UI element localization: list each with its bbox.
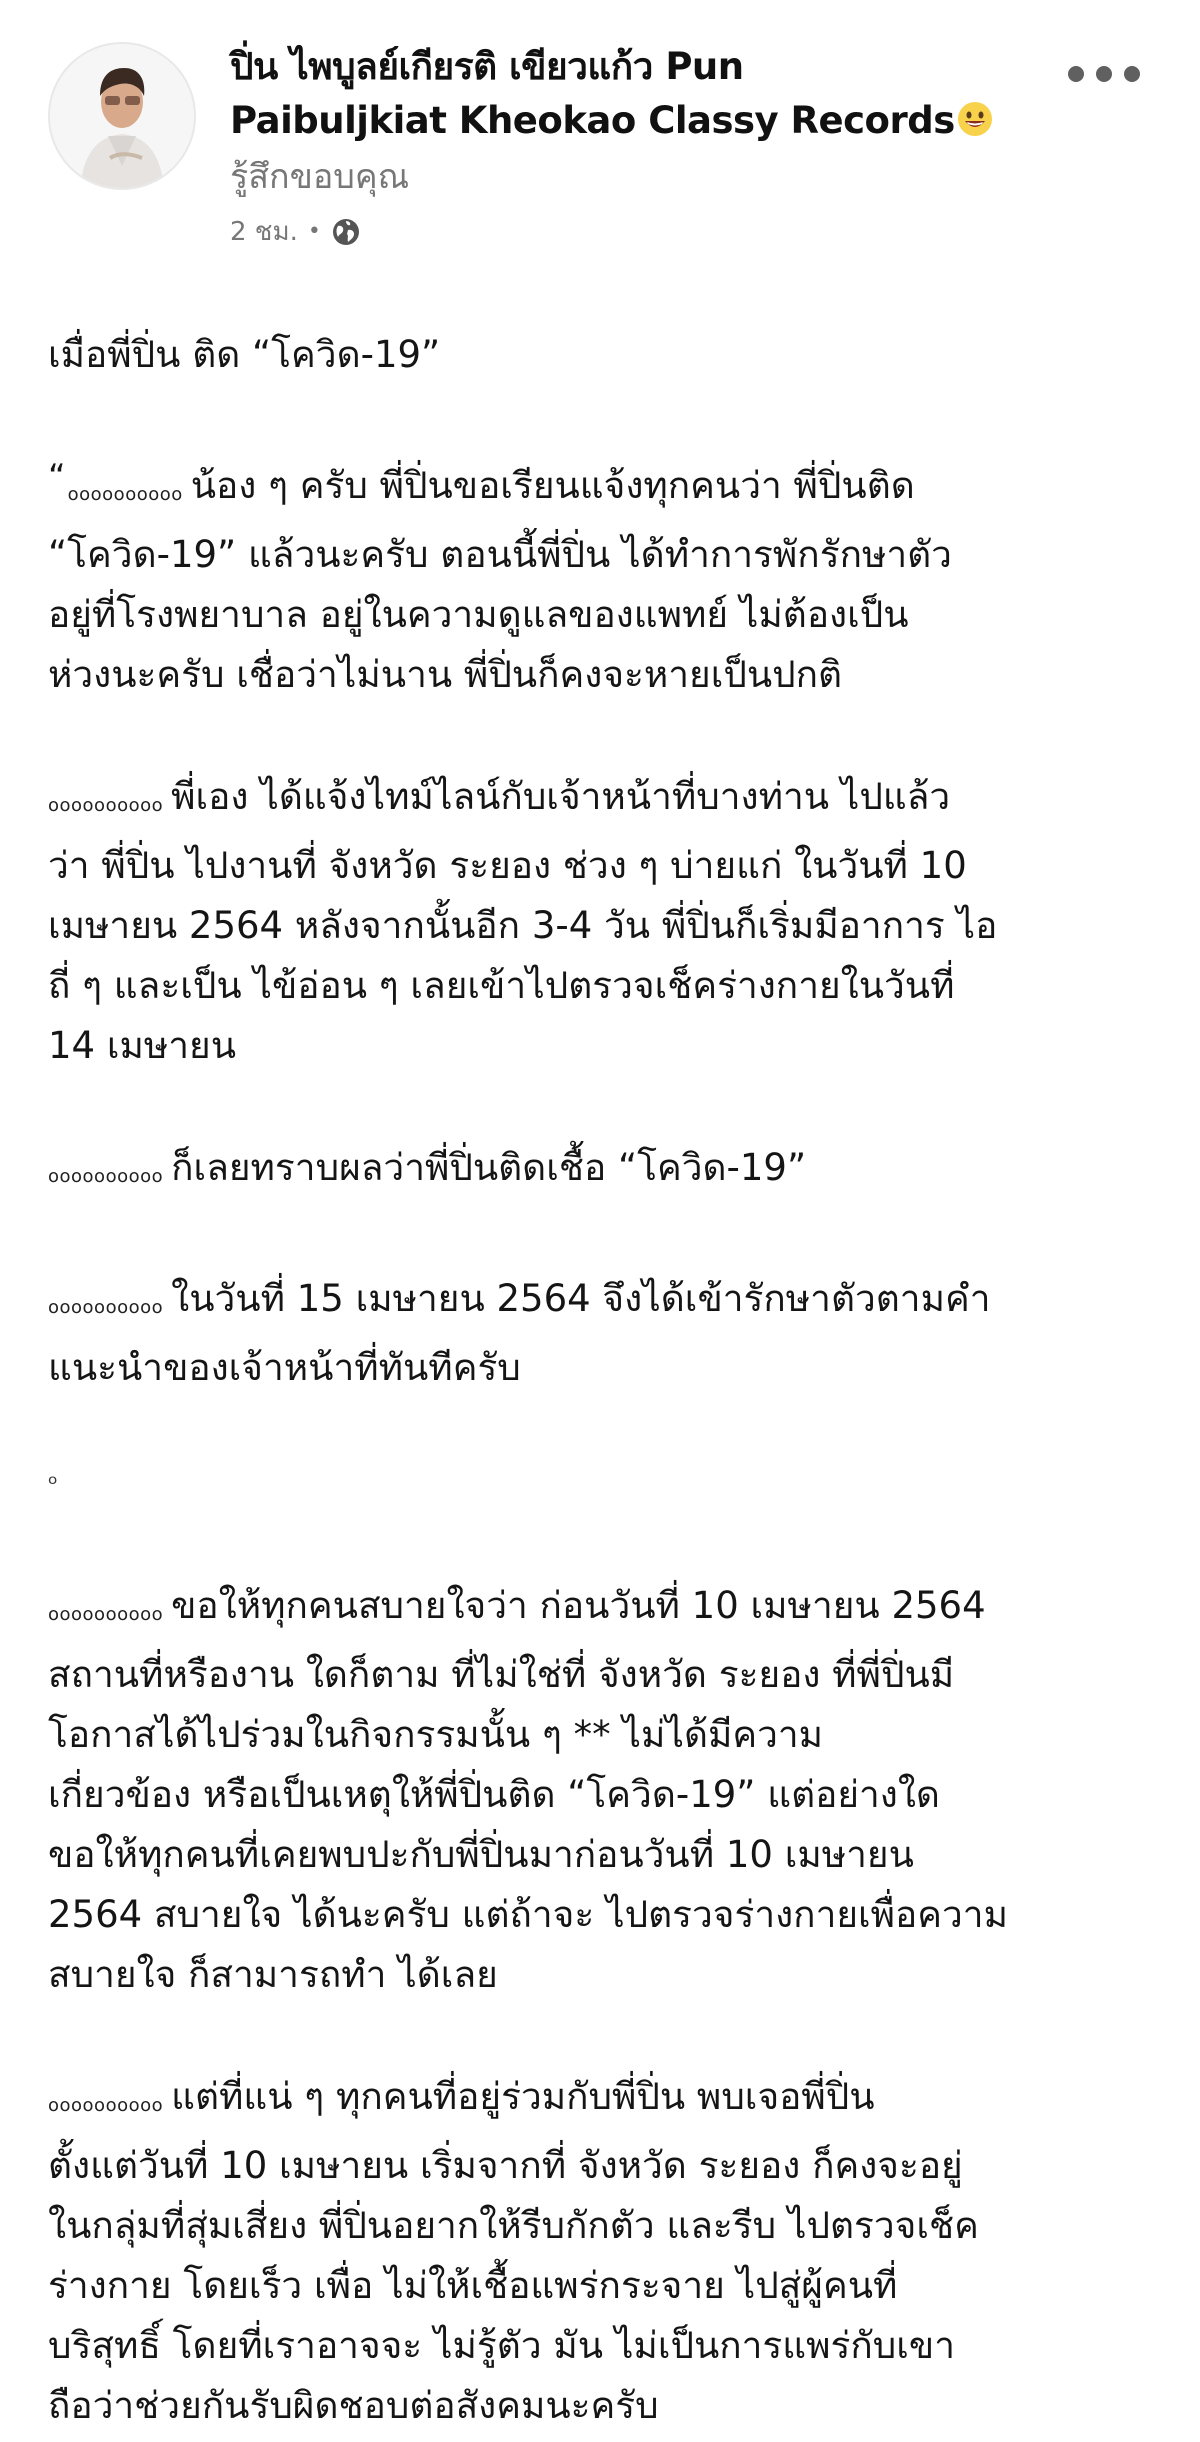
more-dot-icon <box>1124 66 1140 82</box>
text-line: ooooooooooแต่ที่แน่ ๆ ทุกคนที่อยู่ร่วมกั… <box>48 2067 1168 2136</box>
text-line: 14 เมษายน <box>48 1016 1168 1076</box>
text-line: ooooooooooขอให้ทุกคนสบายใจว่า ก่อนวันที่… <box>48 1576 1168 1645</box>
open-quote: “ <box>48 447 66 507</box>
text-line: ooooooooooก็เลยทราบผลว่าพี่ปิ่นติดเชื้อ … <box>48 1138 1168 1207</box>
post-header: ปิ่น ไพบูลย์เกียรติ เขียวแก้ว Pun Paibul… <box>0 0 1200 260</box>
ellipsis-leader: oooooooooo <box>48 1147 163 1207</box>
text-line: เมษายน 2564 หลังจากนั้นอีก 3-4 วัน พี่ปิ… <box>48 896 1168 956</box>
more-dot-icon <box>1068 66 1084 82</box>
more-options-button[interactable] <box>1068 58 1140 90</box>
text-line: สถานที่หรืองาน ใดก็ตาม ที่ไม่ใช่ที่ จังห… <box>48 1645 1168 1705</box>
meta-separator: • <box>308 212 321 252</box>
ellipsis-leader: oooooooooo <box>48 2076 163 2136</box>
paragraph-3: ooooooooooก็เลยทราบผลว่าพี่ปิ่นติดเชื้อ … <box>48 1138 1168 1207</box>
text-line: บริสุทธิ์ โดยที่เราอาจจะ ไม่รู้ตัว มัน ไ… <box>48 2316 1168 2376</box>
timestamp[interactable]: 2 ชม. <box>230 212 298 252</box>
paragraph-2: ooooooooooพี่เอง ได้แจ้งไทม์ไลน์กับเจ้าห… <box>48 767 1168 1076</box>
ellipsis-leader: oooooooooo <box>48 776 163 836</box>
text-line: ooooooooooในวันที่ 15 เมษายน 2564 จึงได้… <box>48 1269 1168 1338</box>
text-line: ooooooooooพี่เอง ได้แจ้งไทม์ไลน์กับเจ้าห… <box>48 767 1168 836</box>
text-line: ร่างกาย โดยเร็ว เพื่อ ไม่ให้เชื้อแพร่กระ… <box>48 2256 1168 2316</box>
text-line: “ooooooooooน้อง ๆ ครับ พี่ปิ่นขอเรียนแจ้… <box>48 447 1168 525</box>
author-name-line1[interactable]: ปิ่น ไพบูลย์เกียรติ เขียวแก้ว Pun <box>230 45 744 88</box>
text-line: ถี่ ๆ และเป็น ไข้อ่อน ๆ เลยเข้าไปตรวจเช็… <box>48 956 1168 1016</box>
text-line: 2564 สบายใจ ได้นะครับ แต่ถ้าจะ ไปตรวจร่า… <box>48 1885 1168 1945</box>
author-name[interactable]: ปิ่น ไพบูลย์เกียรติ เขียวแก้ว Pun Paibul… <box>230 40 1030 148</box>
post-title: เมื่อพี่ปิ่น ติด “โควิด-19” <box>48 325 1168 385</box>
text-line: “โควิด-19” แล้วนะครับ ตอนนี้พี่ปิ่น ได้ท… <box>48 525 1168 585</box>
post-body: เมื่อพี่ปิ่น ติด “โควิด-19” “ooooooooooน… <box>48 325 1168 2436</box>
more-dot-icon <box>1096 66 1112 82</box>
post-meta: 2 ชม. • <box>230 212 1030 252</box>
text-line: เกี่ยวข้อง หรือเป็นเหตุให้พี่ปิ่นติด “โค… <box>48 1765 1168 1825</box>
ellipsis-leader: oooooooooo <box>48 1585 163 1645</box>
paragraph-1: “ooooooooooน้อง ๆ ครับ พี่ปิ่นขอเรียนแจ้… <box>48 447 1168 705</box>
feeling-label: รู้สึกขอบคุณ <box>230 152 1030 202</box>
paragraph-4: ooooooooooในวันที่ 15 เมษายน 2564 จึงได้… <box>48 1269 1168 1398</box>
author-avatar[interactable] <box>48 42 196 190</box>
grinning-face-emoji-icon <box>957 98 993 134</box>
author-block: ปิ่น ไพบูลย์เกียรติ เขียวแก้ว Pun Paibul… <box>230 40 1030 252</box>
text-line: ห่วงนะครับ เชื่อว่าไม่นาน พี่ปิ่นก็คงจะห… <box>48 645 1168 705</box>
text-line: อยู่ที่โรงพยาบาล อยู่ในความดูแลของแพทย์ … <box>48 585 1168 645</box>
text-line: ถือว่าช่วยกันรับผิดชอบต่อสังคมนะครับ <box>48 2376 1168 2436</box>
ellipsis-leader: oooooooooo <box>68 465 183 525</box>
globe-icon[interactable] <box>331 217 361 247</box>
facebook-post: ปิ่น ไพบูลย์เกียรติ เขียวแก้ว Pun Paibul… <box>0 0 1200 2442</box>
text-line: สบายใจ ก็สามารถทำ ได้เลย <box>48 1945 1168 2005</box>
ellipsis-leader: oooooooooo <box>48 1278 163 1338</box>
text-line: โอกาสได้ไปร่วมในกิจกรรมนั้น ๆ ** ไม่ได้ม… <box>48 1705 1168 1765</box>
text-line: ขอให้ทุกคนที่เคยพบปะกับพี่ปิ่นมาก่อนวันท… <box>48 1825 1168 1885</box>
text-line: แนะนำของเจ้าหน้าที่ทันทีครับ <box>48 1338 1168 1398</box>
stray-dot: ₒ <box>48 1456 1168 1496</box>
paragraph-5: ooooooooooขอให้ทุกคนสบายใจว่า ก่อนวันที่… <box>48 1576 1168 2005</box>
paragraph-6: ooooooooooแต่ที่แน่ ๆ ทุกคนที่อยู่ร่วมกั… <box>48 2067 1168 2436</box>
text-line: ว่า พี่ปิ่น ไปงานที่ จังหวัด ระยอง ช่วง … <box>48 836 1168 896</box>
author-name-line2[interactable]: Paibuljkiat Kheokao Classy Records <box>230 99 955 142</box>
text-line: ตั้งแต่วันที่ 10 เมษายน เริ่มจากที่ จังห… <box>48 2136 1168 2196</box>
avatar-portrait-icon <box>50 44 194 188</box>
text-line: ในกลุ่มที่สุ่มเสี่ยง พี่ปิ่นอยากให้รีบกั… <box>48 2196 1168 2256</box>
